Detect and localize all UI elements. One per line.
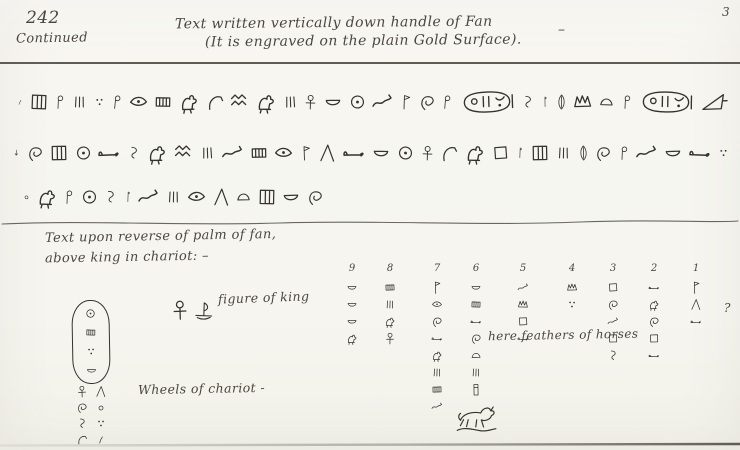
hieroglyph-water-icon xyxy=(229,83,251,121)
continued-label: Continued xyxy=(16,30,88,46)
heading-line2: (It is engraved on the plain Gold Surfac… xyxy=(205,32,522,51)
hieroglyph-staff-icon xyxy=(540,83,551,121)
hieroglyph-loop-icon xyxy=(305,181,324,214)
hieroglyph-eye-icon xyxy=(426,297,449,313)
hieroglyph-dots-icon xyxy=(561,297,584,313)
hieroglyph-bowl-icon xyxy=(341,297,364,313)
hieroglyph-dots-icon xyxy=(92,83,106,121)
hieroglyph-flag-icon xyxy=(685,280,708,296)
hieroglyph-smallo-icon xyxy=(21,181,31,213)
cartouche-below-row xyxy=(74,416,109,431)
hieroglyph-dots-icon xyxy=(93,416,109,431)
hieroglyph-flag-icon xyxy=(398,83,413,121)
hieroglyph-loop-icon xyxy=(602,297,625,313)
hieroglyph-snake-icon xyxy=(512,280,535,296)
feathers-note: here feathers of horses xyxy=(488,327,639,344)
hieroglyph-loop-icon xyxy=(594,134,613,173)
column-number-7: 7 xyxy=(422,263,452,274)
heading-line1: Text written vertically down handle of F… xyxy=(175,14,493,33)
column-number-4: 4 xyxy=(557,263,587,274)
hieroglyph-hook-icon xyxy=(520,83,536,122)
hieroglyph-sun-icon xyxy=(395,134,415,173)
catalog-number: 242 xyxy=(26,8,60,28)
hieroglyph-arm-icon xyxy=(97,134,122,173)
hieroglyph-strokes-icon xyxy=(71,83,89,121)
hieroglyph-water-icon xyxy=(173,134,195,172)
heading-dash: – xyxy=(558,22,565,38)
hieroglyph-bowl-icon xyxy=(465,280,488,296)
hieroglyph-arm-icon xyxy=(643,280,666,296)
section-note-line1: Text upon reverse of palm of fan, xyxy=(45,227,276,246)
hieroglyph-feather-icon xyxy=(554,83,568,121)
hieroglyph-column-9 xyxy=(337,280,367,346)
hieroglyph-bird-icon xyxy=(464,134,487,172)
cartouche-below-glyphs xyxy=(74,384,109,447)
hieroglyph-dots-icon xyxy=(80,344,103,360)
hieroglyph-arm-icon xyxy=(465,314,487,329)
hieroglyph-snake-icon xyxy=(220,134,244,173)
hieroglyph-horse-icon xyxy=(451,399,502,434)
hieroglyph-bird-icon xyxy=(341,331,363,346)
hieroglyph-strokes-icon xyxy=(465,365,488,381)
hieroglyph-crown-icon xyxy=(561,280,584,296)
hieroglyph-column-2 xyxy=(639,280,669,363)
hieroglyph-loaf-icon xyxy=(465,348,488,364)
column-number-1: 1 xyxy=(681,263,711,274)
king-figure-glyphs xyxy=(170,296,214,324)
hieroglyph-reed-icon xyxy=(440,83,454,121)
page-number: 3 xyxy=(722,5,730,19)
top-rule xyxy=(0,62,740,64)
hieroglyph-gate-icon xyxy=(28,83,49,122)
hieroglyph-comb-icon xyxy=(80,325,102,340)
hieroglyph-staff-icon xyxy=(514,134,525,172)
hieroglyph-comb-icon xyxy=(465,297,488,313)
hieroglyph-feather-icon xyxy=(576,134,590,172)
hieroglyph-hook-icon xyxy=(103,181,119,214)
hieroglyph-eye-icon xyxy=(128,83,150,121)
hieroglyph-cartouche-icon xyxy=(637,82,696,121)
hieroglyph-column-4 xyxy=(557,280,587,312)
hieroglyph-loaf-icon xyxy=(235,181,253,213)
uncertain-mark: ? xyxy=(724,301,731,315)
hieroglyph-arm-icon xyxy=(342,134,367,172)
hieroglyph-hook-icon xyxy=(74,416,90,431)
hieroglyph-triangle-icon xyxy=(318,134,338,173)
hieroglyph-row-2 xyxy=(12,130,730,176)
hieroglyph-column-6 xyxy=(461,280,491,433)
hieroglyph-sickle-icon xyxy=(439,134,460,172)
section-note-line2: above king in chariot: – xyxy=(45,249,209,267)
hieroglyph-strokes-icon xyxy=(554,134,572,172)
hieroglyph-bowl-icon xyxy=(341,280,364,296)
hieroglyph-tower-icon xyxy=(465,382,487,397)
bottom-rule xyxy=(0,442,740,448)
hieroglyph-sun-icon xyxy=(347,83,367,121)
hieroglyph-gate-icon xyxy=(257,181,278,213)
column-number-9: 9 xyxy=(337,263,367,274)
hieroglyph-ankh-icon xyxy=(170,296,191,325)
hieroglyph-ankh-icon xyxy=(303,83,319,122)
hieroglyph-sun-icon xyxy=(79,305,102,321)
hieroglyph-arm-icon xyxy=(687,134,712,173)
hieroglyph-triangle-icon xyxy=(93,384,110,400)
hieroglyph-bowl-icon xyxy=(371,134,392,172)
hieroglyph-loaf-icon xyxy=(597,83,615,122)
hieroglyph-loop-icon xyxy=(465,331,487,346)
hieroglyph-ankh-icon xyxy=(74,384,91,400)
hieroglyph-hook-icon xyxy=(602,348,625,364)
hieroglyph-gate-icon xyxy=(530,134,551,172)
column-number-8: 8 xyxy=(375,263,405,274)
hieroglyph-flag-icon xyxy=(426,280,449,296)
middle-rule xyxy=(0,216,740,230)
column-number-5: 5 xyxy=(508,263,538,274)
hieroglyph-loop-icon xyxy=(25,134,44,173)
hieroglyph-sun-icon xyxy=(73,134,93,172)
hieroglyph-reed-icon xyxy=(110,83,124,121)
hieroglyph-bird-icon xyxy=(255,83,278,121)
wheels-of-chariot-note: Wheels of chariot - xyxy=(138,380,265,397)
hieroglyph-comb-icon xyxy=(248,134,269,172)
hieroglyph-ankh-icon xyxy=(419,134,435,173)
cartouche-ring xyxy=(71,300,110,385)
hieroglyph-bowl-icon xyxy=(341,314,363,329)
hieroglyph-loop-icon xyxy=(74,400,91,416)
hieroglyph-column-7 xyxy=(422,280,452,414)
hieroglyph-box-icon xyxy=(602,280,625,296)
hieroglyph-smallo-icon xyxy=(93,400,109,415)
hieroglyph-comb-icon xyxy=(426,382,448,397)
hieroglyph-strokes-icon xyxy=(164,181,182,213)
hieroglyph-crown-icon xyxy=(512,297,535,313)
hieroglyph-arm-icon xyxy=(643,348,666,364)
hieroglyph-box-icon xyxy=(643,331,665,346)
hieroglyph-arm-icon xyxy=(685,314,707,329)
notebook-page: 242 Continued Text written vertically do… xyxy=(0,0,740,450)
hieroglyph-cartouche-icon xyxy=(457,82,516,122)
hieroglyph-row-1 xyxy=(16,78,728,126)
hieroglyph-loop-icon xyxy=(417,83,436,121)
cartouche-below-row xyxy=(74,400,109,415)
hieroglyph-gate-icon xyxy=(48,134,69,172)
hieroglyph-loop-icon xyxy=(426,314,448,329)
hieroglyph-bowl-icon xyxy=(80,363,102,378)
hieroglyph-bird-icon xyxy=(643,297,666,313)
hieroglyph-loop-icon xyxy=(643,314,665,329)
hieroglyph-comb-icon xyxy=(153,83,174,121)
hieroglyph-bird-icon xyxy=(35,181,58,214)
hieroglyph-eye-icon xyxy=(186,181,208,214)
column-number-2: 2 xyxy=(639,263,669,274)
figure-of-king-note: figure of king xyxy=(218,288,310,306)
hieroglyph-box-icon xyxy=(491,134,511,173)
hieroglyph-bird-icon xyxy=(426,348,449,364)
hieroglyph-snake-icon xyxy=(635,134,659,172)
hieroglyph-bird-icon xyxy=(379,314,401,329)
hieroglyph-bowl-icon xyxy=(323,83,344,121)
hieroglyph-arm-icon xyxy=(426,331,448,346)
hieroglyph-reed-icon xyxy=(619,83,633,121)
hieroglyph-sun-icon xyxy=(79,181,99,213)
hieroglyph-bowl-icon xyxy=(281,181,302,214)
hieroglyph-column-1 xyxy=(681,280,711,329)
hieroglyph-strokes-icon xyxy=(426,365,449,381)
cartouche xyxy=(72,300,110,384)
hieroglyph-triangle-icon xyxy=(211,181,231,214)
hieroglyph-pointer-icon xyxy=(699,83,728,122)
column-number-3: 3 xyxy=(598,263,628,274)
hieroglyph-bowl-icon xyxy=(662,134,683,173)
hieroglyph-dots-icon xyxy=(716,134,730,172)
hieroglyph-reed-icon xyxy=(617,134,631,172)
hieroglyph-box-icon xyxy=(512,314,534,329)
hieroglyph-staff-icon xyxy=(122,181,133,213)
hieroglyph-crown-icon xyxy=(572,83,594,122)
hieroglyph-row-3 xyxy=(22,177,324,217)
hieroglyph-strokes-icon xyxy=(379,297,402,313)
hieroglyph-bird-icon xyxy=(177,83,200,122)
hieroglyph-reed-icon xyxy=(62,181,76,213)
hieroglyph-flag-icon xyxy=(299,134,314,172)
hieroglyph-sail-icon xyxy=(194,296,215,325)
hieroglyph-snake-icon xyxy=(371,83,395,122)
hieroglyph-column-3 xyxy=(598,280,628,363)
hieroglyph-sickle-icon xyxy=(204,83,225,122)
hieroglyph-snake-icon xyxy=(137,181,161,213)
hieroglyph-ankh-icon xyxy=(379,331,401,346)
hieroglyph-tick-icon xyxy=(15,83,24,121)
hieroglyph-hook-icon xyxy=(126,134,142,173)
hieroglyph-comb-icon xyxy=(379,280,402,296)
hieroglyph-strokes-icon xyxy=(198,134,216,173)
hieroglyph-strokes-icon xyxy=(281,83,299,122)
column-number-6: 6 xyxy=(461,263,491,274)
hieroglyph-reed-icon xyxy=(53,83,67,121)
hieroglyph-bird-icon xyxy=(146,134,169,172)
hieroglyph-column-8 xyxy=(375,280,405,346)
cartouche-below-row xyxy=(74,384,109,399)
hieroglyph-triangle-icon xyxy=(685,297,708,313)
hieroglyph-arrowdown-icon xyxy=(11,134,21,172)
hieroglyph-eye-icon xyxy=(273,134,295,172)
hieroglyph-snake-icon xyxy=(426,399,448,414)
